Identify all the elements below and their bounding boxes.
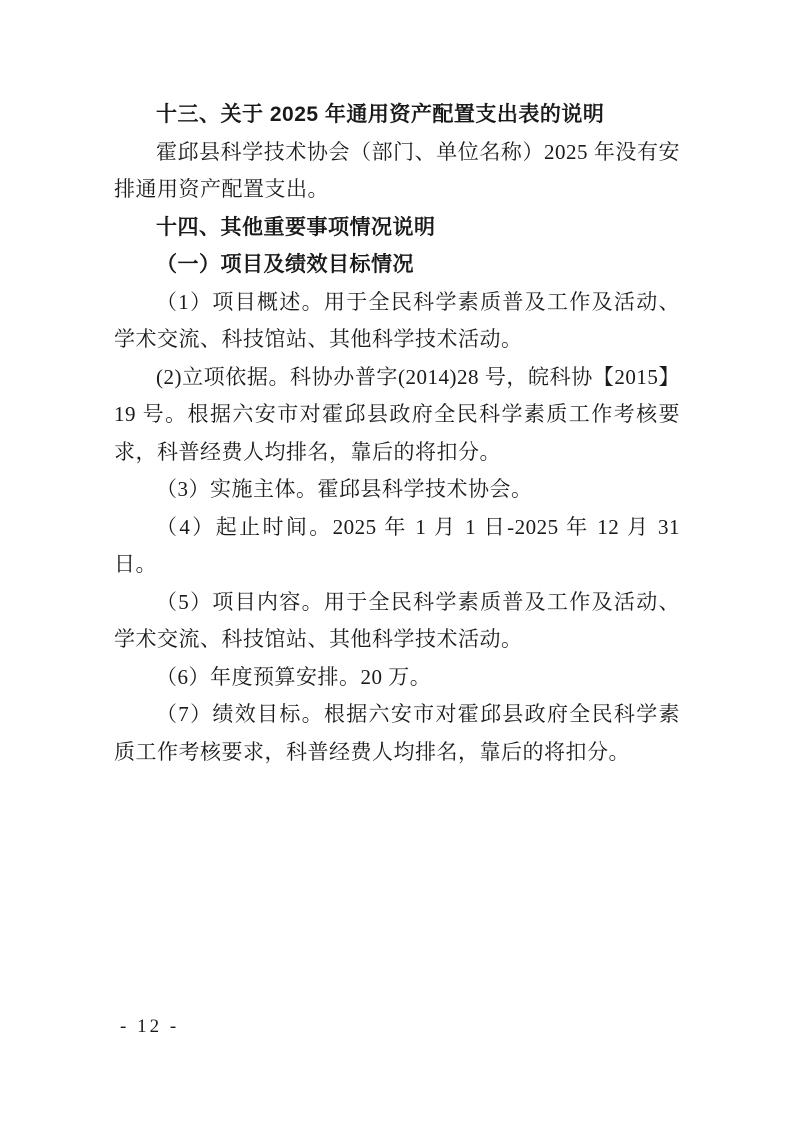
item-5-project-content: （5）项目内容。用于全民科学素质普及工作及活动、学术交流、科技馆站、其他科学技术…: [114, 584, 680, 659]
document-body: 十三、关于 2025 年通用资产配置支出表的说明 霍邱县科学技术协会（部门、单位…: [114, 96, 680, 771]
section-14-heading: 十四、其他重要事项情况说明: [114, 209, 680, 247]
section-13-paragraph: 霍邱县科学技术协会（部门、单位名称）2025 年没有安排通用资产配置支出。: [114, 134, 680, 209]
item-2-project-basis: (2)立项依据。科协办普字(2014)28 号，皖科协【2015】19 号。根据…: [114, 359, 680, 472]
item-7-performance-goal: （7）绩效目标。根据六安市对霍邱县政府全民科学素质工作考核要求，科普经费人均排名…: [114, 696, 680, 771]
section-13-heading: 十三、关于 2025 年通用资产配置支出表的说明: [114, 96, 680, 134]
item-1-project-overview: （1）项目概述。用于全民科学素质普及工作及活动、学术交流、科技馆站、其他科学技术…: [114, 284, 680, 359]
item-4-time-period: （4）起止时间。2025 年 1 月 1 日-2025 年 12 月 31 日。: [114, 509, 680, 584]
document-page: 十三、关于 2025 年通用资产配置支出表的说明 霍邱县科学技术协会（部门、单位…: [0, 0, 793, 1122]
item-6-annual-budget: （6）年度预算安排。20 万。: [114, 659, 680, 697]
item-3-implementing-body: （3）实施主体。霍邱县科学技术协会。: [114, 471, 680, 509]
subsection-1-heading: （一）项目及绩效目标情况: [114, 246, 680, 284]
page-number: - 12 -: [120, 1016, 179, 1038]
